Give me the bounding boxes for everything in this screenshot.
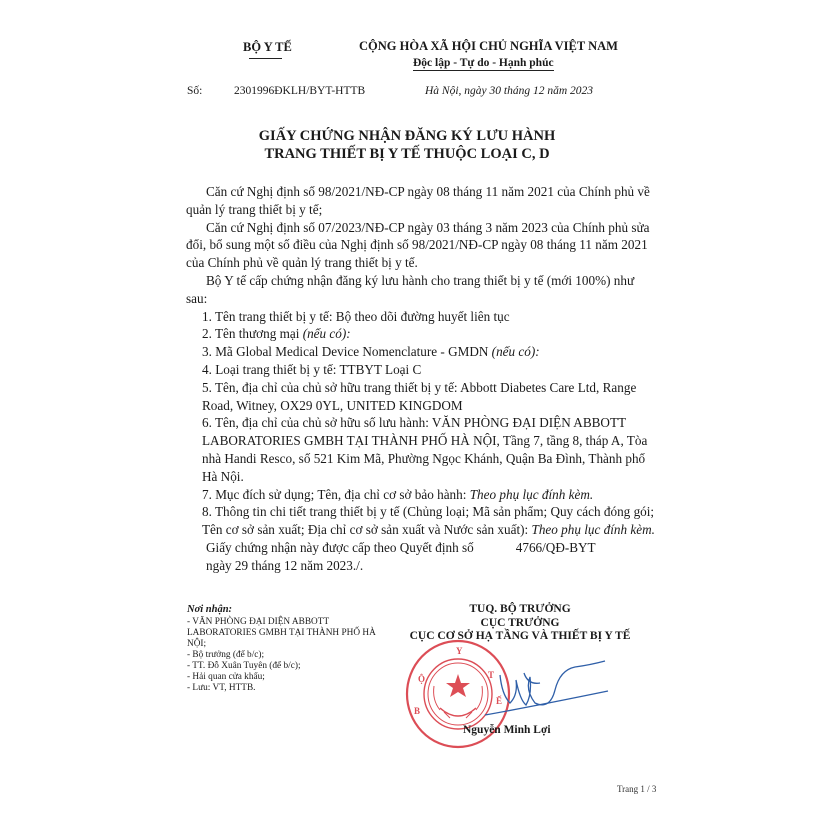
recipients-title: Nơi nhận: — [187, 604, 232, 615]
item-text: 2. Tên thương mại — [202, 326, 303, 341]
svg-text:B: B — [414, 706, 420, 716]
item-text: 1. Tên trang thiết bị y tế: Bộ theo dõi … — [202, 309, 510, 324]
item-text: 7. Mục đích sử dụng; Tên, địa chỉ cơ sở … — [202, 487, 470, 502]
handwritten-signature-icon — [480, 655, 610, 735]
item-text: 3. Mã Global Medical Device Nomenclature… — [202, 344, 492, 359]
list-item: 1. Tên trang thiết bị y tế: Bộ theo dõi … — [186, 308, 656, 326]
signature-line2: CỤC TRƯỞNG — [385, 617, 655, 631]
recipient-item: - Lưu: VT, HTTB. — [187, 683, 377, 694]
item-list: 1. Tên trang thiết bị y tế: Bộ theo dõi … — [186, 308, 656, 539]
list-item: 4. Loại trang thiết bị y tế: TTBYT Loại … — [186, 361, 656, 379]
item-text: 6. Tên, địa chỉ của chủ sở hữu số lưu hà… — [202, 415, 647, 483]
recipient-item: - TT. Đỗ Xuân Tuyên (để b/c); — [187, 661, 377, 672]
signer-name: Nguyễn Minh Lợi — [463, 724, 551, 736]
item-text: 4. Loại trang thiết bị y tế: TTBYT Loại … — [202, 362, 421, 377]
decision-number: 4766/QĐ-BYT — [516, 540, 596, 555]
list-item: 8. Thông tin chi tiết trang thiết bị y t… — [186, 503, 656, 539]
recipients-list: - VĂN PHÒNG ĐẠI DIỆN ABBOTT LABORATORIES… — [187, 617, 377, 694]
signature-line1: TUQ. BỘ TRƯỞNG — [385, 603, 655, 617]
recipient-item: - Bộ trưởng (để b/c); — [187, 650, 377, 661]
list-item: 2. Tên thương mại (nếu có): — [186, 325, 656, 343]
svg-text:Y: Y — [456, 646, 463, 656]
nation-title: CỘNG HÒA XÃ HỘI CHỦ NGHĨA VIỆT NAM — [359, 39, 618, 54]
document-number-label: Số: — [187, 85, 202, 97]
preamble-2: Căn cứ Nghị định số 07/2023/NĐ-CP ngày 0… — [186, 219, 656, 272]
document-number: 2301996ĐKLH/BYT-HTTB — [234, 85, 365, 97]
list-item: 7. Mục đích sử dụng; Tên, địa chỉ cơ sở … — [186, 486, 656, 504]
decision-line: Giấy chứng nhận này được cấp theo Quyết … — [186, 539, 656, 557]
preamble-3: Bộ Y tế cấp chứng nhận đăng ký lưu hành … — [186, 272, 656, 308]
page-number: Trang 1 / 3 — [617, 784, 656, 794]
ministry-name: BỘ Y TẾ — [243, 40, 292, 55]
list-item: 3. Mã Global Medical Device Nomenclature… — [186, 343, 656, 361]
decision-text: Giấy chứng nhận này được cấp theo Quyết … — [206, 540, 474, 555]
document-body: Căn cứ Nghị định số 98/2021/NĐ-CP ngày 0… — [186, 183, 656, 575]
item-italic-note: Theo phụ lục đính kèm. — [470, 487, 593, 502]
item-text: 5. Tên, địa chỉ của chủ sở hữu trang thi… — [202, 380, 636, 413]
list-item: 5. Tên, địa chỉ của chủ sở hữu trang thi… — [186, 379, 656, 415]
national-motto: Độc lập - Tự do - Hạnh phúc — [413, 57, 554, 71]
svg-text:Ộ: Ộ — [418, 674, 425, 684]
document-title-line1: GIẤY CHỨNG NHẬN ĐĂNG KÝ LƯU HÀNH — [0, 128, 814, 145]
recipient-item: - Hải quan cửa khẩu; — [187, 672, 377, 683]
recipient-item: - VĂN PHÒNG ĐẠI DIỆN ABBOTT LABORATORIES… — [187, 617, 377, 650]
decision-date: ngày 29 tháng 12 năm 2023./. — [186, 557, 656, 575]
ministry-underline — [249, 58, 282, 59]
place-date: Hà Nội, ngày 30 tháng 12 năm 2023 — [425, 85, 593, 97]
item-italic-note: (nếu có): — [492, 344, 540, 359]
certificate-page: BỘ Y TẾ CỘNG HÒA XÃ HỘI CHỦ NGHĨA VIỆT N… — [0, 0, 814, 814]
item-italic-note: (nếu có): — [303, 326, 351, 341]
item-italic-note: Theo phụ lục đính kèm. — [532, 522, 655, 537]
list-item: 6. Tên, địa chỉ của chủ sở hữu số lưu hà… — [186, 414, 656, 485]
preamble-1: Căn cứ Nghị định số 98/2021/NĐ-CP ngày 0… — [186, 183, 656, 219]
document-title-line2: TRANG THIẾT BỊ Y TẾ THUỘC LOẠI C, D — [0, 146, 814, 163]
